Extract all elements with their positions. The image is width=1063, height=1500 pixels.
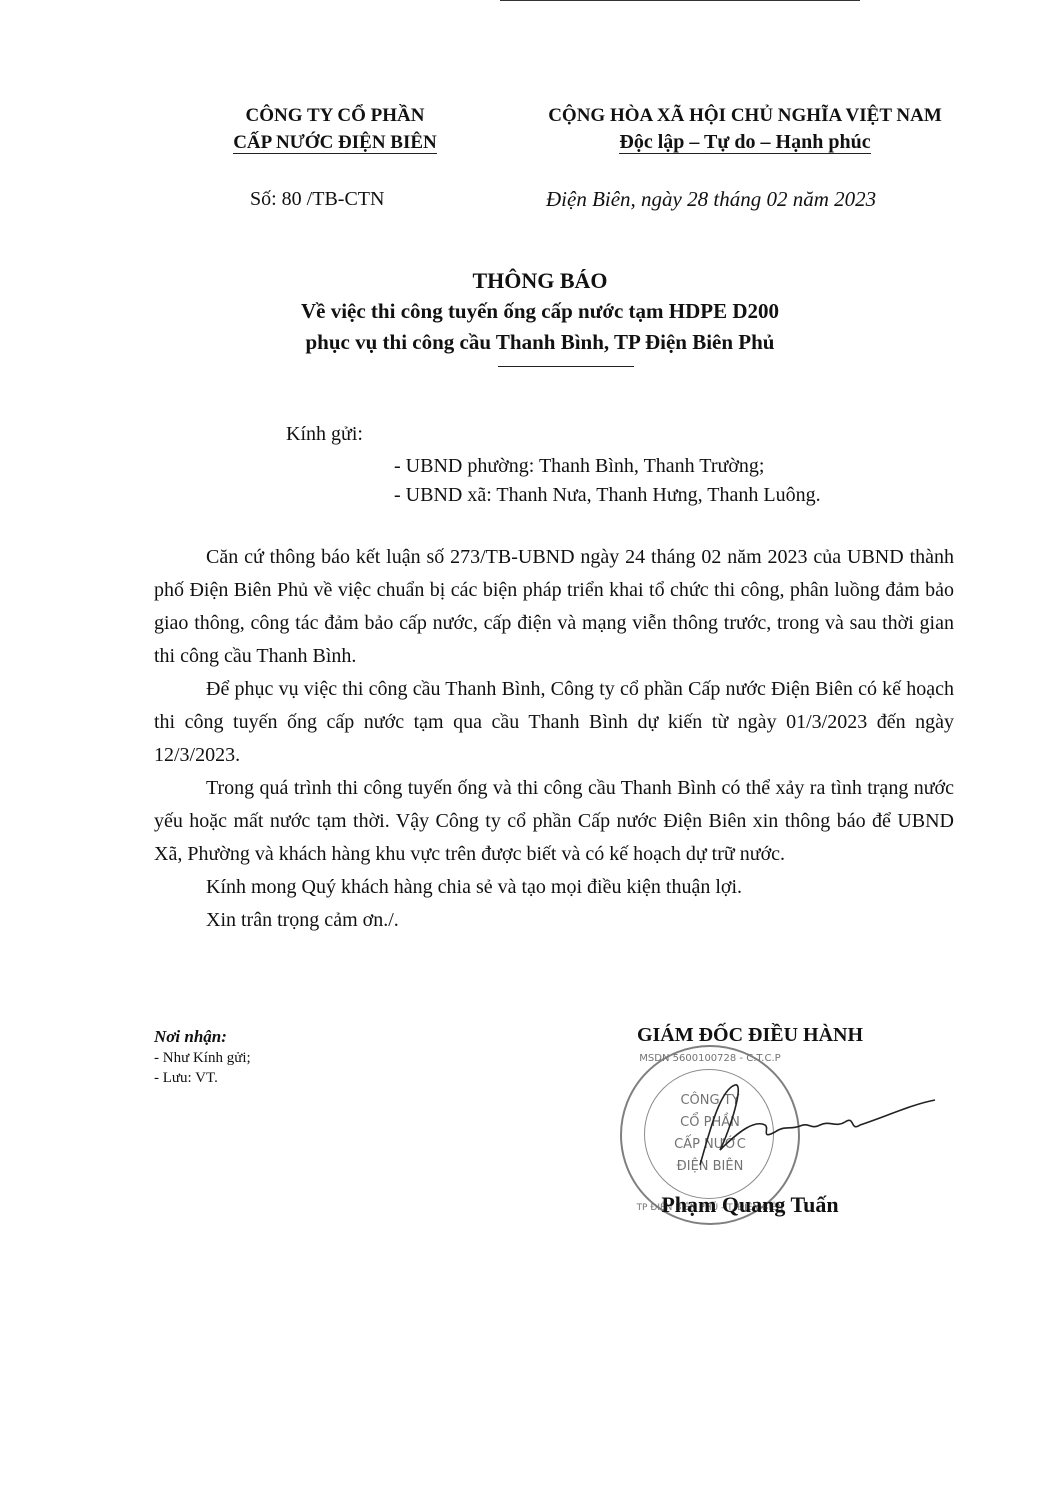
paragraph-3: Trong quá trình thi công tuyến ống và th… [154, 772, 954, 871]
recipient-item: - UBND xã: Thanh Nưa, Thanh Hưng, Thanh … [394, 479, 821, 512]
nation-name: CỘNG HÒA XÃ HỘI CHỦ NGHĨA VIỆT NAM [500, 102, 990, 129]
signer-name: Phạm Quang Tuấn [600, 1192, 900, 1218]
title-main: THÔNG BÁO [180, 266, 900, 296]
signature-icon [660, 1070, 940, 1180]
scan-edge-line [500, 0, 860, 1]
paragraph-2: Để phục vụ việc thi công cầu Thanh Bình,… [154, 673, 954, 772]
distribution-list: Nơi nhận: - Như Kính gửi; - Lưu: VT. [154, 1026, 251, 1088]
paragraph-4: Kính mong Quý khách hàng chia sẻ và tạo … [154, 871, 954, 904]
distribution-label: Nơi nhận: [154, 1026, 251, 1048]
org-name: CÔNG TY CỔ PHẦN CẤP NƯỚC ĐIỆN BIÊN [200, 102, 470, 156]
document-body: Căn cứ thông báo kết luận số 273/TB-UBND… [154, 541, 954, 937]
national-motto: CỘNG HÒA XÃ HỘI CHỦ NGHĨA VIỆT NAM Độc l… [500, 102, 990, 156]
signer-title: GIÁM ĐỐC ĐIỀU HÀNH [600, 1024, 900, 1047]
org-line-2-text: CẤP NƯỚC ĐIỆN BIÊN [233, 132, 437, 154]
title-underline [498, 366, 634, 367]
doc-number: Số: 80 /TB-CTN [250, 186, 384, 213]
motto-text: Độc lập – Tự do – Hạnh phúc [619, 131, 870, 154]
title-sub-1: Về việc thi công tuyến ống cấp nước tạm … [180, 296, 900, 327]
place-date: Điện Biên, ngày 28 tháng 02 năm 2023 [546, 186, 876, 213]
distribution-item: - Như Kính gửi; [154, 1048, 251, 1068]
recipients-label: Kính gửi: [286, 418, 363, 451]
org-line-2: CẤP NƯỚC ĐIỆN BIÊN [200, 129, 470, 156]
seal-ring-top: MSDN 5600100728 - C.T.C.P [622, 1053, 798, 1064]
title-sub-2: phục vụ thi công cầu Thanh Bình, TP Điện… [180, 327, 900, 358]
paragraph-5: Xin trân trọng cảm ơn./. [154, 904, 954, 937]
document-title: THÔNG BÁO Về việc thi công tuyến ống cấp… [180, 266, 900, 358]
paragraph-1: Căn cứ thông báo kết luận số 273/TB-UBND… [154, 541, 954, 673]
distribution-item: - Lưu: VT. [154, 1068, 251, 1088]
motto-line: Độc lập – Tự do – Hạnh phúc [500, 129, 990, 156]
org-line-1: CÔNG TY CỔ PHẦN [200, 102, 470, 129]
